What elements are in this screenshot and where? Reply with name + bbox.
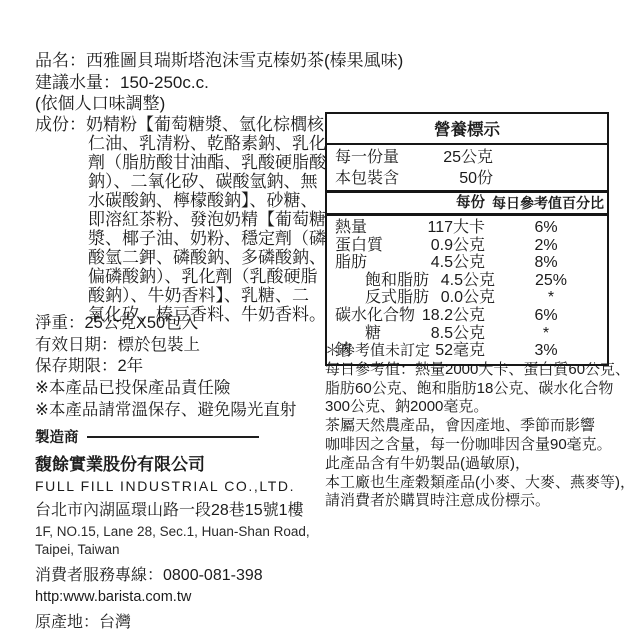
daily-value-note-line: 脂肪60公克、飽和脂肪18公克、碳水化合物 (325, 380, 637, 399)
nutrient-row-sugar: 糖 8.5公克 * (327, 325, 607, 343)
reference-undefined-note: ＊參考值未訂定 (325, 342, 637, 361)
nutrient-row-trans-fat: 反式脂肪 0.0公克 * (327, 289, 607, 307)
manufacturer-block: 製造商 馥餘實業股份有限公司 FULL FILL INDUSTRIAL CO.,… (35, 426, 325, 632)
daily-percent-header: 每日參考值百分比 (485, 193, 607, 213)
company-name: 馥餘實業股份有限公司 (35, 450, 325, 475)
servings-per-pack-row: 本包裝含 50份 (327, 168, 607, 189)
serving-section: 每一份量 25公克 本包裝含 50份 (327, 145, 607, 190)
servings-per-pack-value: 50份 (427, 168, 493, 189)
serving-size-value: 25公克 (427, 147, 493, 168)
manufacturer-label-row: 製造商 (35, 426, 325, 447)
manufacturer-label: 製造商 (35, 426, 79, 447)
insurance-note-line: ※本產品已投保產品責任險 (35, 378, 296, 400)
allergen-note-line: 本工廠也生產穀類產品(小麥、大麥、燕麥等)， (325, 474, 637, 493)
daily-value-note-line: 300公克、鈉2000毫克。 (325, 398, 637, 417)
nutrition-notes-block: ＊參考值未訂定 每日參考值：熱量2000大卡、蛋白質60公克、 脂肪60公克、飽… (325, 342, 637, 511)
nutrition-table: 營養標示 每一份量 25公克 本包裝含 50份 每份 每日參考值百分比 熱量 1… (325, 112, 609, 366)
service-hotline: 消費者服務專線：0800-081-398 (35, 562, 325, 585)
net-weight-line: 淨重：25公克X50包入 (35, 313, 296, 335)
product-meta-block: 淨重：25公克X50包入 有效日期：標於包裝上 保存期限：2年 ※本產品已投保產… (35, 313, 296, 422)
manufacturer-divider (87, 436, 259, 438)
company-address-en-line1: 1F, NO.15, Lane 28, Sec.1, Huan-Shan Roa… (35, 524, 325, 539)
daily-value-note-line: 每日參考值：熱量2000大卡、蛋白質60公克、 (325, 361, 637, 380)
serving-size-label: 每一份量 (327, 147, 427, 168)
caffeine-note-line: 咖啡因之含量，每一份咖啡因含量90毫克。 (325, 436, 637, 455)
suggested-water-line: 建議水量：150-250c.c. (35, 72, 403, 94)
allergen-note-line: 此產品含有牛奶製品(過敏原)， (325, 455, 637, 474)
servings-per-pack-label: 本包裝含 (327, 168, 427, 189)
per-serving-header: 每份 (419, 193, 485, 213)
nutrient-row-calories: 熱量 117大卡 6% (327, 219, 607, 237)
website-url: http:www.barista.com.tw (35, 589, 325, 605)
product-name-line: 品名：西雅圖貝瑞斯塔泡沫雪克榛奶茶(榛果風味) (35, 50, 403, 72)
nutrient-row-carbohydrate: 碳水化合物 18.2公克 6% (327, 307, 607, 325)
allergen-note-line: 請消費者於購買時注意成份標示。 (325, 492, 637, 511)
nutrient-row-fat: 脂肪 4.5公克 8% (327, 254, 607, 272)
storage-note-line: ※本產品請常溫保存、避免陽光直射 (35, 400, 296, 422)
serving-size-row: 每一份量 25公克 (327, 147, 607, 168)
company-name-en: FULL FILL INDUSTRIAL CO.,LTD. (35, 478, 325, 494)
caffeine-note-line: 茶屬天然農產品，會因產地、季節而影響 (325, 417, 637, 436)
shelf-life-line: 保存期限：2年 (35, 356, 296, 378)
company-address-en-line2: Taipei, Taiwan (35, 542, 325, 557)
nutrient-row-saturated-fat: 飽和脂肪 4.5公克 25% (327, 272, 607, 290)
nutrition-title: 營養標示 (327, 114, 607, 145)
nutrient-row-protein: 蛋白質 0.9公克 2% (327, 237, 607, 255)
company-address: 台北市內湖區環山路一段28巷15號1樓 (35, 497, 325, 520)
column-header-row: 每份 每日參考值百分比 (327, 190, 607, 216)
origin-line: 原產地：台灣 (35, 609, 325, 632)
expiry-date-line: 有效日期：標於包裝上 (35, 335, 296, 357)
